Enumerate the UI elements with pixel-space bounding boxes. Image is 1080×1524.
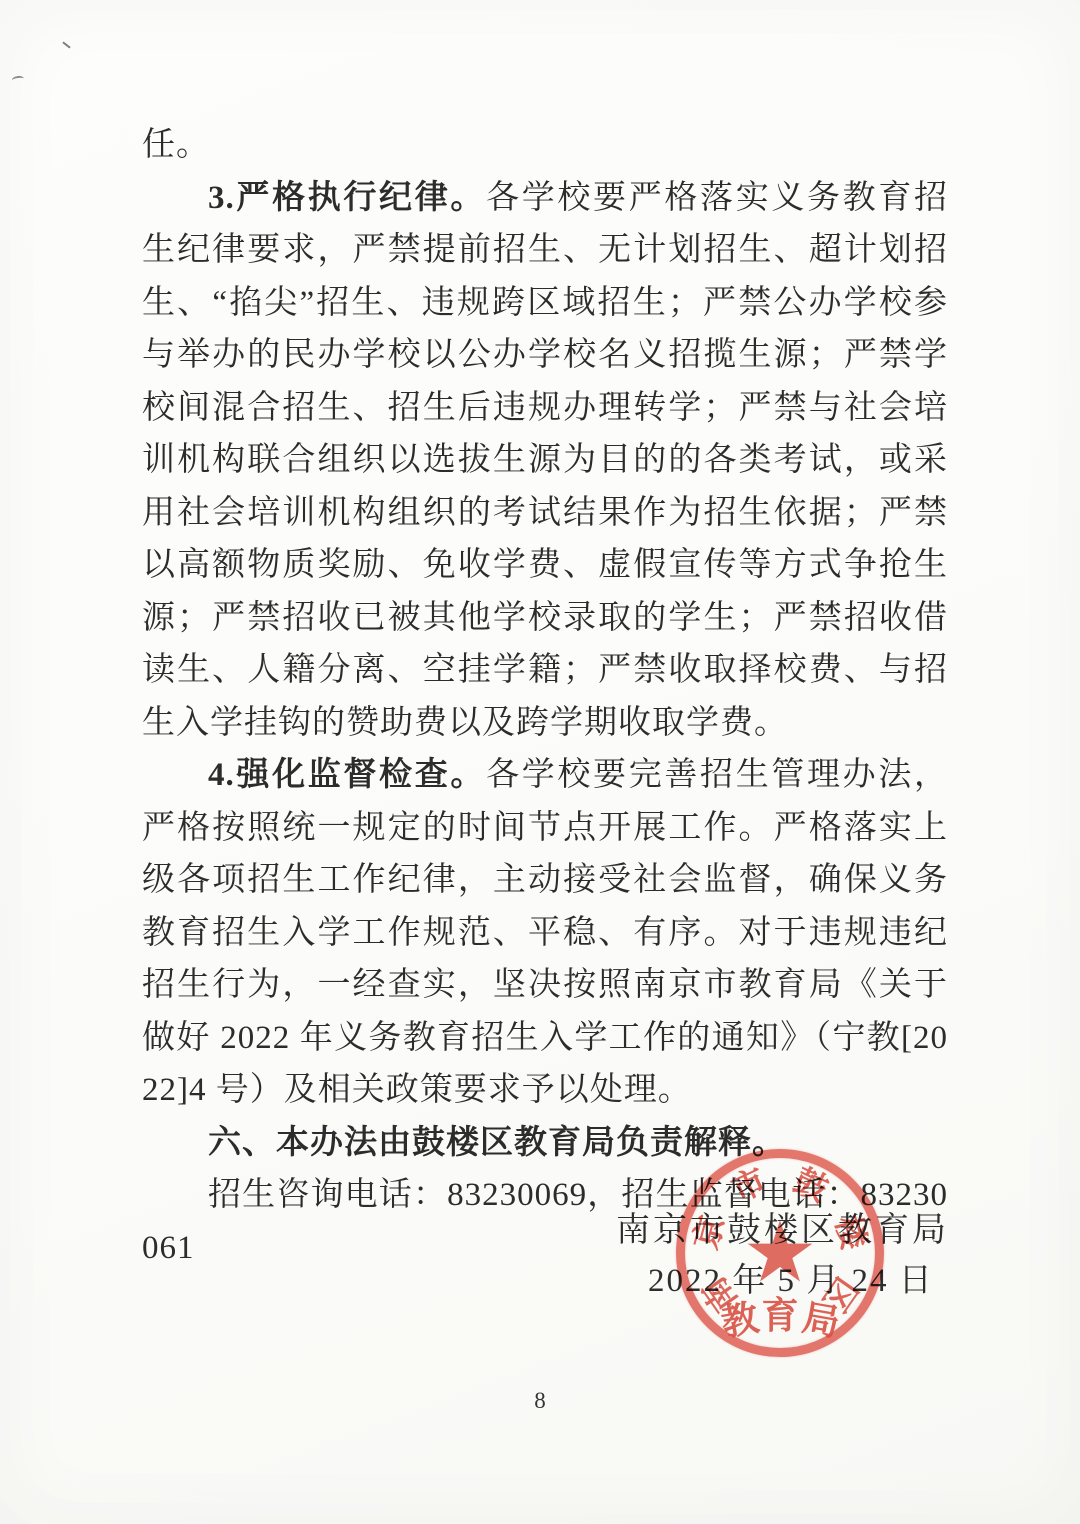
star-icon	[744, 1217, 816, 1287]
paragraph-4: 4.强化监督检查。各学校要完善招生管理办法，严格按照统一规定的时间节点开展工作。…	[142, 749, 948, 1117]
seal-bottom-text: 教育局	[676, 1285, 884, 1339]
document-page: 任。 3.严格执行纪律。各学校要严格落实义务教育招生纪律要求，严禁提前招生、无计…	[0, 0, 1080, 1524]
paragraph-3: 3.严格执行纪律。各学校要严格落实义务教育招生纪律要求，严禁提前招生、无计划招生…	[142, 172, 948, 750]
seal-bottom-char: 局	[798, 1287, 844, 1347]
scan-speck	[62, 41, 70, 48]
paragraph-4-heading: 4.强化监督检查。	[208, 757, 486, 793]
document-body: 任。 3.严格执行纪律。各学校要严格落实义务教育招生纪律要求，严禁提前招生、无计…	[142, 119, 948, 1274]
paragraph-3-text: 各学校要严格落实义务教育招生纪律要求，严禁提前招生、无计划招生、超计划招生、“掐…	[142, 180, 948, 741]
continuation-line: 任。	[142, 119, 948, 172]
scan-speck	[12, 75, 25, 84]
official-seal: 南京市鼓楼区 教育局	[676, 1149, 884, 1357]
seal-bottom-char: 教	[716, 1287, 762, 1347]
seal-bottom-char: 育	[762, 1285, 799, 1339]
paragraph-4-text: 各学校要完善招生管理办法，严格按照统一规定的时间节点开展工作。严格落实上级各项招…	[142, 757, 948, 1108]
page-number: 8	[524, 1388, 556, 1414]
paragraph-3-heading: 3.严格执行纪律。	[208, 180, 486, 216]
